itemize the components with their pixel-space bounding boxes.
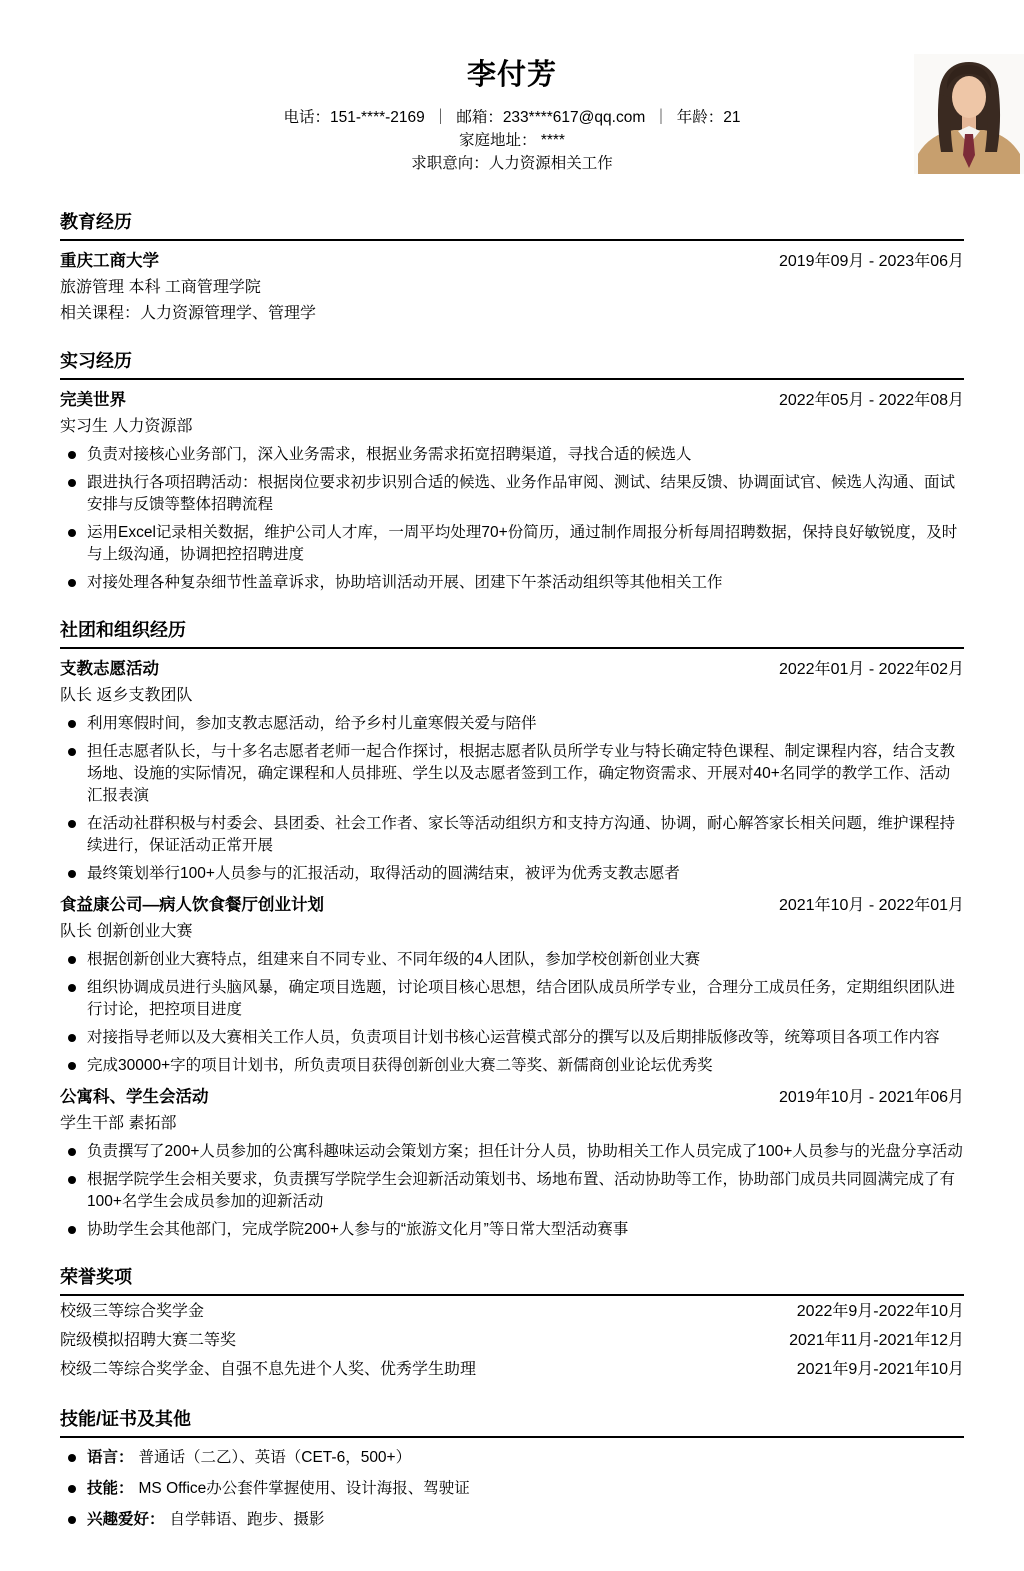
activity-title: 食益康公司—病人饮食餐厅创业计划 <box>60 894 324 916</box>
honor-label: 院级模拟招聘大赛二等奖 <box>60 1327 236 1354</box>
bullet-item: 对接处理各种复杂细节性盖章诉求，协助培训活动开展、团建下午茶活动组织等其他相关工… <box>60 572 964 594</box>
skills-list: 语言：普通话（二乙）、英语（CET-6，500+） 技能：MS Office办公… <box>60 1447 964 1531</box>
education-section-title: 教育经历 <box>60 208 964 241</box>
bullet-item: 担任志愿者队长，与十多名志愿者老师一起合作探讨，根据志愿者队员所学专业与特长确定… <box>60 741 964 807</box>
bullet-item: 利用寒假时间，参加支教志愿活动，给予乡村儿童寒假关爱与陪伴 <box>60 713 964 735</box>
bullet-item: 最终策划举行100+人员参与的汇报活动，取得活动的圆满结束，被评为优秀支教志愿者 <box>60 863 964 885</box>
organization-entry-head: 食益康公司—病人饮食餐厅创业计划 2021年10月 - 2022年01月 <box>60 894 964 917</box>
activity-title: 公寓科、学生会活动 <box>60 1086 209 1108</box>
honor-label: 校级三等综合奖学金 <box>60 1298 204 1325</box>
organization-entry: 食益康公司—病人饮食餐厅创业计划 2021年10月 - 2022年01月 队长 … <box>60 894 964 1077</box>
internship-entry-head: 完美世界 2022年05月 - 2022年08月 <box>60 389 964 412</box>
bullet-item: 负责撰写了200+人员参加的公寓科趣味运动会策划方案；担任计分人员，协助相关工作… <box>60 1141 964 1163</box>
resume-page: 李付芳 电话：151-****-2169｜邮箱：233****617@qq.co… <box>0 0 1024 1571</box>
organizations-section-title: 社团和组织经历 <box>60 616 964 649</box>
organization-entry-head: 支教志愿活动 2022年01月 - 2022年02月 <box>60 658 964 681</box>
skill-text: 自学韩语、跑步、摄影 <box>170 1511 325 1528</box>
skill-label: 语言： <box>87 1449 134 1466</box>
bullet-item: 负责对接核心业务部门，深入业务需求，根据业务需求拓宽招聘渠道，寻找合适的候选人 <box>60 444 964 466</box>
section-internship: 实习经历 完美世界 2022年05月 - 2022年08月 实习生 人力资源部 … <box>60 347 964 594</box>
id-photo-illustration <box>914 54 1024 174</box>
organization-entry: 公寓科、学生会活动 2019年10月 - 2021年06月 学生干部 素拓部 负… <box>60 1086 964 1241</box>
honor-row: 校级二等综合奖学金、自强不息先进个人奖、优秀学生助理 2021年9月-2021年… <box>60 1356 964 1383</box>
bullet-item: 完成30000+字的项目计划书，所负责项目获得创新创业大赛二等奖、新儒商创业论坛… <box>60 1055 964 1077</box>
bullet-item: 跟进执行各项招聘活动：根据岗位要求初步识别合适的候选、业务作品审阅、测试、结果反… <box>60 472 964 516</box>
honor-row: 院级模拟招聘大赛二等奖 2021年11月-2021年12月 <box>60 1327 964 1354</box>
internship-date: 2022年05月 - 2022年08月 <box>779 390 964 412</box>
education-date: 2019年09月 - 2023年06月 <box>779 251 964 273</box>
skill-label: 技能： <box>87 1480 134 1497</box>
skill-text: 普通话（二乙）、英语（CET-6，500+） <box>139 1449 412 1466</box>
company-name: 完美世界 <box>60 389 126 411</box>
resume-header: 李付芳 电话：151-****-2169｜邮箱：233****617@qq.co… <box>60 52 964 174</box>
internship-role: 实习生 人力资源部 <box>60 416 964 438</box>
activity-role: 学生干部 素拓部 <box>60 1113 964 1135</box>
candidate-name: 李付芳 <box>180 52 844 93</box>
organization-entry-head: 公寓科、学生会活动 2019年10月 - 2021年06月 <box>60 1086 964 1109</box>
education-major-line: 旅游管理 本科 工商管理学院 <box>60 276 964 299</box>
id-photo <box>914 54 1024 174</box>
bullet-item: 组织协调成员进行头脑风暴，确定项目选题，讨论项目核心思想，结合团队成员所学专业，… <box>60 977 964 1021</box>
activity-date: 2021年10月 - 2022年01月 <box>779 895 964 917</box>
separator: ｜ <box>653 109 669 126</box>
activity-role: 队长 返乡支教团队 <box>60 685 964 707</box>
internship-bullet-list: 负责对接核心业务部门，深入业务需求，根据业务需求拓宽招聘渠道，寻找合适的候选人 … <box>60 444 964 594</box>
skill-text: MS Office办公套件掌握使用、设计海报、驾驶证 <box>139 1480 470 1497</box>
honor-date: 2021年11月-2021年12月 <box>789 1327 964 1354</box>
education-entry-head: 重庆工商大学 2019年09月 - 2023年06月 <box>60 250 964 273</box>
separator: ｜ <box>433 109 449 126</box>
phone-text: 电话：151-****-2169 <box>284 109 425 126</box>
skill-label: 兴趣爱好： <box>87 1511 165 1528</box>
section-education: 教育经历 重庆工商大学 2019年09月 - 2023年06月 旅游管理 本科 … <box>60 208 964 325</box>
activity-bullet-list: 负责撰写了200+人员参加的公寓科趣味运动会策划方案；担任计分人员，协助相关工作… <box>60 1141 964 1241</box>
bullet-item: 根据创新创业大赛特点，组建来自不同专业、不同年级的4人团队，参加学校创新创业大赛 <box>60 949 964 971</box>
education-courses-line: 相关课程：人力资源管理学、管理学 <box>60 302 964 325</box>
section-honors: 荣誉奖项 校级三等综合奖学金 2022年9月-2022年10月 院级模拟招聘大赛… <box>60 1263 964 1383</box>
email-text: 邮箱：233****617@qq.com <box>456 109 645 126</box>
age-text: 年龄：21 <box>677 109 741 126</box>
section-skills: 技能/证书及其他 语言：普通话（二乙）、英语（CET-6，500+） 技能：MS… <box>60 1405 964 1531</box>
skill-item: 技能：MS Office办公套件掌握使用、设计海报、驾驶证 <box>60 1478 964 1500</box>
skill-item: 语言：普通话（二乙）、英语（CET-6，500+） <box>60 1447 964 1469</box>
bullet-item: 运用Excel记录相关数据，维护公司人才库，一周平均处理70+份简历，通过制作周… <box>60 522 964 566</box>
bullet-item: 协助学生会其他部门，完成学院200+人参与的“旅游文化月”等日常大型活动赛事 <box>60 1219 964 1241</box>
school-name: 重庆工商大学 <box>60 250 159 272</box>
honor-label: 校级二等综合奖学金、自强不息先进个人奖、优秀学生助理 <box>60 1356 476 1383</box>
honor-date: 2022年9月-2022年10月 <box>797 1298 964 1325</box>
activity-date: 2019年10月 - 2021年06月 <box>779 1087 964 1109</box>
skills-section-title: 技能/证书及其他 <box>60 1405 964 1438</box>
address-line: 家庭地址： **** <box>180 130 844 151</box>
job-intention-line: 求职意向：人力资源相关工作 <box>180 153 844 174</box>
section-organizations: 社团和组织经历 支教志愿活动 2022年01月 - 2022年02月 队长 返乡… <box>60 616 964 1241</box>
bullet-item: 在活动社群积极与村委会、县团委、社会工作者、家长等活动组织方和支持方沟通、协调，… <box>60 813 964 857</box>
honor-row: 校级三等综合奖学金 2022年9月-2022年10月 <box>60 1298 964 1325</box>
activity-title: 支教志愿活动 <box>60 658 159 680</box>
contact-line: 电话：151-****-2169｜邮箱：233****617@qq.com｜年龄… <box>180 107 844 128</box>
bullet-item: 根据学院学生会相关要求，负责撰写学院学生会迎新活动策划书、场地布置、活动协助等工… <box>60 1169 964 1213</box>
honor-date: 2021年9月-2021年10月 <box>797 1356 964 1383</box>
activity-bullet-list: 根据创新创业大赛特点，组建来自不同专业、不同年级的4人团队，参加学校创新创业大赛… <box>60 949 964 1077</box>
internship-section-title: 实习经历 <box>60 347 964 380</box>
activity-bullet-list: 利用寒假时间，参加支教志愿活动，给予乡村儿童寒假关爱与陪伴 担任志愿者队长，与十… <box>60 713 964 885</box>
skill-item: 兴趣爱好：自学韩语、跑步、摄影 <box>60 1509 964 1531</box>
activity-date: 2022年01月 - 2022年02月 <box>779 659 964 681</box>
activity-role: 队长 创新创业大赛 <box>60 921 964 943</box>
bullet-item: 对接指导老师以及大赛相关工作人员，负责项目计划书核心运营模式部分的撰写以及后期排… <box>60 1027 964 1049</box>
honors-section-title: 荣誉奖项 <box>60 1263 964 1296</box>
organization-entry: 支教志愿活动 2022年01月 - 2022年02月 队长 返乡支教团队 利用寒… <box>60 658 964 885</box>
